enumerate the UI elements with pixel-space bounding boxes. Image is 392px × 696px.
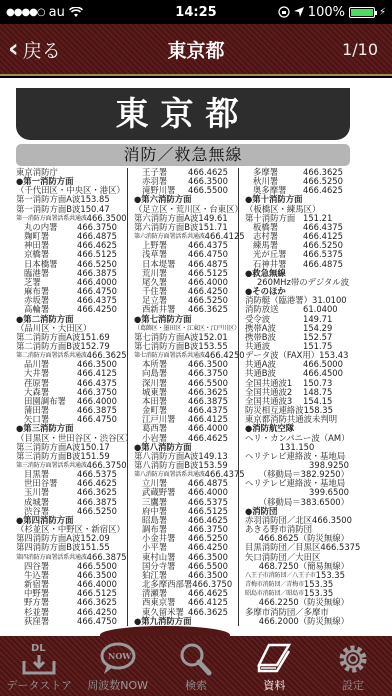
back-label: 戻る xyxy=(23,36,61,63)
page-counter: 1/10 xyxy=(342,40,378,59)
frequency-row: 八王子市消防団／八王子市153.35 xyxy=(245,571,349,580)
station-label: 第三消防方面B波 xyxy=(16,452,80,461)
status-bar: ●●●●○ au 14:25 100% ⚡ xyxy=(0,0,392,24)
tab-materials[interactable]: 資料 xyxy=(235,636,313,696)
download-icon: DL xyxy=(19,641,59,677)
gear-icon xyxy=(333,641,373,677)
frequency-row: 荻窪署466.4750 xyxy=(16,617,123,626)
frequency-value: 466.5375 xyxy=(320,543,360,552)
station-label: 466.2000（防災無線） xyxy=(259,617,349,626)
frequency-column-1: 東京消防庁●第一消防方面（千代田区・中央区・港区）第一消防方面A波153.85第… xyxy=(16,168,127,626)
frequency-value: 未判明 xyxy=(312,415,349,424)
frequency-row: 青梅市消防団／青梅市153.35 xyxy=(245,580,349,589)
station-label: 第六消防方面B波 xyxy=(134,223,198,232)
carrier-name: au xyxy=(49,5,65,20)
frequency-column-3: 多摩署466.3625秋川署466.5250奥多摩署466.4625●第十消防方… xyxy=(238,168,349,626)
station-label: 青梅市消防団／青梅市 xyxy=(245,580,304,589)
frequency-row: 466.2000（防災無線） xyxy=(245,617,349,626)
frequency-value: 466.4750 xyxy=(77,415,123,424)
back-button[interactable]: ‹ 戻る xyxy=(8,36,61,63)
station-label: 第二消防方面B波 xyxy=(16,342,80,351)
tab-label: 設定 xyxy=(342,677,364,693)
station-label: 第八消防方面B波 xyxy=(134,461,198,470)
tab-label: データストア xyxy=(6,677,72,693)
tab-search[interactable]: 検索 xyxy=(157,636,235,696)
frequency-value: 466.3625 xyxy=(188,608,234,617)
rotation-lock-icon xyxy=(278,6,290,18)
tab-label: 資料 xyxy=(263,677,285,693)
document-page[interactable]: 東京都 消防／救急無線 東京消防庁●第一消防方面（千代田区・中央区・港区）第一消… xyxy=(0,78,392,644)
frequency-value: 466.4625 xyxy=(303,186,349,195)
section-heading: 消防／救急無線 xyxy=(16,144,350,166)
search-icon xyxy=(176,641,216,677)
frequency-value: 466.3625 xyxy=(188,305,234,314)
section-header-row: ●第七消防方面 xyxy=(134,315,234,324)
battery-icon xyxy=(349,7,375,18)
frequency-value: 466.4875 xyxy=(303,260,349,269)
station-label: 荻窪署 xyxy=(16,617,49,626)
tab-label: 検索 xyxy=(185,677,207,693)
tab-settings[interactable]: 設定 xyxy=(314,636,392,696)
station-label: 第四消防方面B波 xyxy=(16,543,80,552)
tab-data-store[interactable]: DL データストア xyxy=(0,636,78,696)
signal-strength-icon: ●●●●○ xyxy=(6,7,45,18)
frequency-value: 466.5500 xyxy=(188,186,234,195)
frequency-value: 466.3500 xyxy=(312,516,352,525)
station-label: ●第七消防方面 xyxy=(134,315,192,324)
book-icon xyxy=(254,641,294,677)
station-label: 第七消防方面B波 xyxy=(134,342,198,351)
tab-frequency-now[interactable]: NOW 周波数NOW xyxy=(78,636,156,696)
location-arrow-icon xyxy=(294,7,304,17)
frequency-column-2: 王子署466.4625赤羽署466.3500滝野川署466.5500●第六消防方… xyxy=(127,168,238,626)
frequency-value: 466.4250 xyxy=(77,305,123,314)
svg-text:DL: DL xyxy=(31,643,46,654)
battery-percent: 100% xyxy=(308,5,345,20)
frequency-value: 466.4625 xyxy=(188,434,234,443)
tab-label: 周波数NOW xyxy=(87,677,148,693)
section-header-row: ●第九消防方面 xyxy=(134,617,234,626)
now-bubble-icon: NOW xyxy=(98,641,138,677)
frequency-value: 466.5250 xyxy=(77,507,123,516)
frequency-columns: 東京消防庁●第一消防方面（千代田区・中央区・港区）第一消防方面A波153.85第… xyxy=(16,168,350,626)
station-label: 第一消防方面B波 xyxy=(16,205,80,214)
chevron-left-icon: ‹ xyxy=(8,36,19,62)
charging-icon: ⚡ xyxy=(379,7,386,18)
station-label: ●第九消防方面 xyxy=(134,617,192,626)
tab-bar: DL データストア NOW 周波数NOW 検索 資料 設定 xyxy=(0,636,392,696)
document-banner: 東京都 xyxy=(16,88,350,140)
frequency-value: 466.4750 xyxy=(77,617,123,626)
navigation-bar: ‹ 戻る 東京都 1/10 xyxy=(0,24,392,76)
wifi-icon xyxy=(69,7,83,18)
svg-text:NOW: NOW xyxy=(108,651,132,661)
